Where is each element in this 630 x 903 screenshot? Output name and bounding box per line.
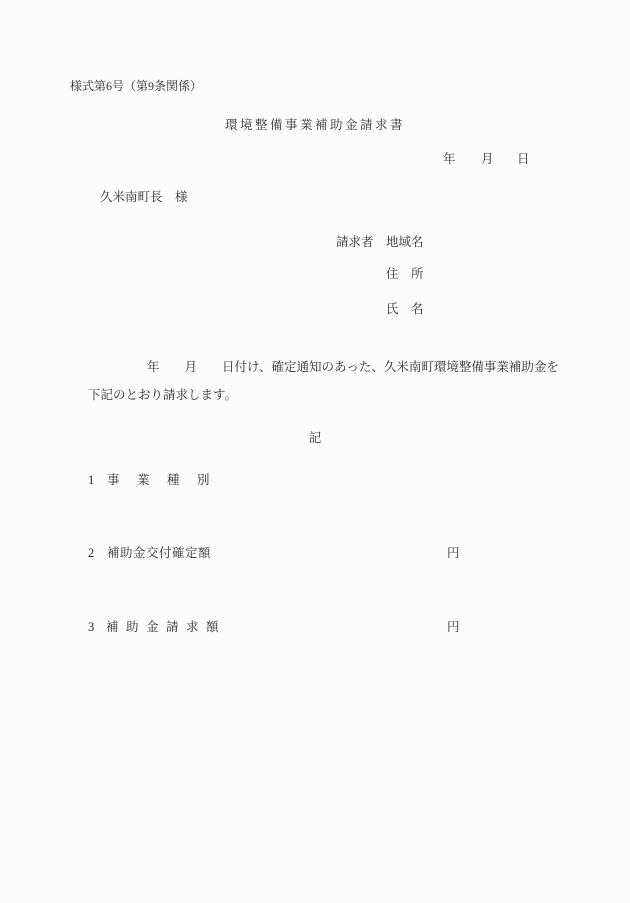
requester-name-label: 氏 名 (386, 302, 424, 318)
body-text-line-2: 下記のとおり請求します。 (88, 388, 237, 404)
item-2-number: 2 (88, 546, 94, 562)
form-number: 様式第6号（第9条関係） (70, 79, 202, 94)
requester-address-label: 住 所 (386, 267, 424, 283)
body-text-line-1: 年 月 日付け、確定通知のあった、久米南町環境整備事業補助金を (147, 360, 559, 376)
addressee: 久米南町長 様 (100, 190, 188, 206)
document-title: 環境整備事業補助金請求書 (0, 118, 630, 134)
requester-region-label: 地域名 (386, 235, 424, 251)
requester-label: 請求者 (336, 235, 374, 251)
item-3-unit: 円 (447, 620, 460, 636)
section-marker: 記 (0, 431, 630, 447)
date-month-label: 月 (481, 152, 494, 168)
item-1-number: 1 (88, 473, 94, 489)
item-3-label: 補助金請求額 (106, 620, 226, 636)
date-year-label: 年 (443, 152, 456, 168)
item-2-unit: 円 (447, 546, 460, 562)
item-3-number: 3 (88, 620, 94, 636)
date-day-label: 日 (517, 152, 530, 168)
item-1-label: 事業種別 (107, 473, 227, 489)
document-page: 様式第6号（第9条関係） 環境整備事業補助金請求書 年 月 日 久米南町長 様 … (0, 0, 630, 903)
item-2-label: 補助金交付確定額 (107, 546, 211, 562)
